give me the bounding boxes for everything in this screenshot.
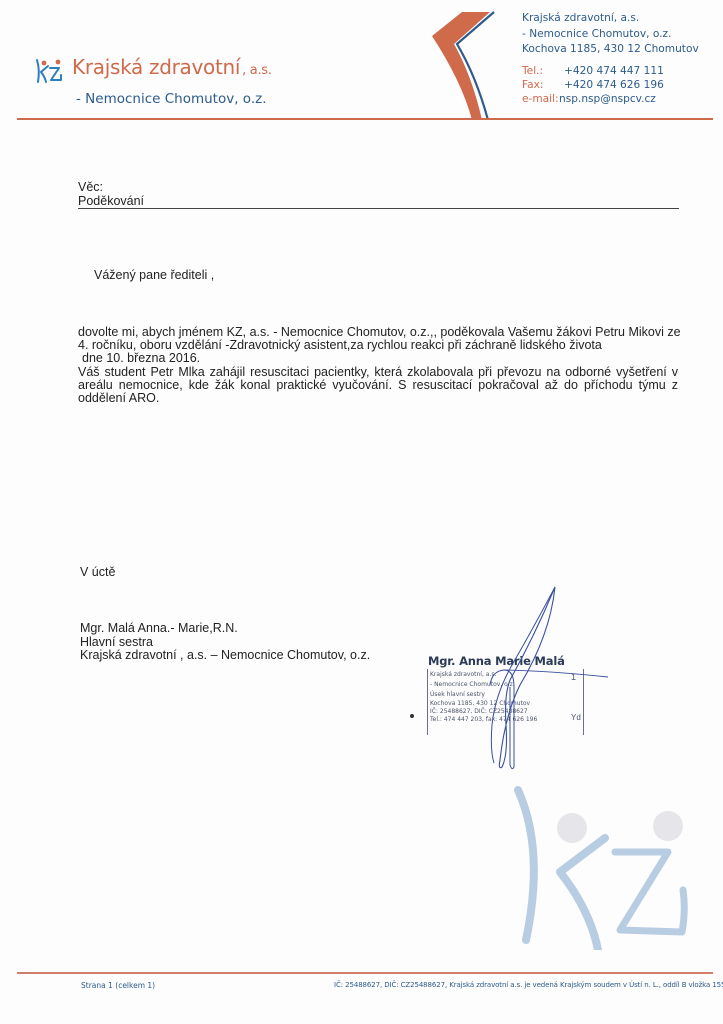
brand-name-text: Krajská zdravotní bbox=[72, 55, 240, 79]
signer-title: Hlavní sestra bbox=[80, 636, 370, 650]
paragraph-2: Váš student Petr Mlka zahájil resuscitac… bbox=[78, 366, 678, 406]
subject-value: Poděkování bbox=[78, 194, 144, 208]
header-divider bbox=[17, 118, 713, 120]
fax-value: +420 474 626 196 bbox=[564, 78, 664, 92]
paragraph-1-line: dne 10. března 2016. bbox=[78, 352, 678, 365]
salutation: Vážený pane řediteli , bbox=[94, 268, 214, 282]
signer-organization: Krajská zdravotní , a.s. – Nemocnice Cho… bbox=[80, 649, 370, 663]
email-label: e-mail: bbox=[522, 92, 559, 106]
letter-body: dovolte mi, abych jménem KZ, a.s. - Nemo… bbox=[78, 326, 678, 405]
contact-line: Krajská zdravotní, a.s. bbox=[522, 11, 699, 27]
email-link[interactable]: nsp.nsp@nspcv.cz bbox=[559, 92, 656, 106]
signer-name: Mgr. Malá Anna.- Marie,R.N. bbox=[80, 622, 370, 636]
chevron-decoration-icon bbox=[432, 6, 500, 120]
fax-label: Fax: bbox=[522, 78, 564, 92]
kz-watermark-logo-icon bbox=[490, 780, 690, 950]
contact-block: Krajská zdravotní, a.s. - Nemocnice Chom… bbox=[522, 11, 699, 106]
signer-block: Mgr. Malá Anna.- Marie,R.N. Hlavní sestr… bbox=[80, 622, 370, 663]
subject-label: Věc: bbox=[78, 180, 103, 194]
subject-divider bbox=[78, 208, 679, 209]
kz-logo-icon bbox=[34, 58, 64, 84]
phone-value: +420 474 447 111 bbox=[564, 64, 664, 78]
legal-notice: IČ: 25488627, DIČ: CZ25488627, Krajská z… bbox=[334, 981, 723, 989]
contact-line: Kochova 1185, 430 12 Chomutov bbox=[522, 42, 699, 58]
contact-line: - Nemocnice Chomutov, o.z. bbox=[522, 27, 699, 43]
ink-dot bbox=[410, 714, 414, 718]
handwritten-signature-icon bbox=[440, 575, 610, 775]
brand-suffix: , a.s. bbox=[242, 63, 271, 78]
closing: V úctě bbox=[80, 565, 115, 579]
page-indicator: Strana 1 (celkem 1) bbox=[81, 981, 155, 990]
contact-fax-row: Fax: +420 474 626 196 bbox=[522, 78, 699, 92]
footer-divider bbox=[17, 972, 713, 974]
paragraph-1: dovolte mi, abych jménem KZ, a.s. - Nemo… bbox=[78, 326, 678, 366]
phone-label: Tel.: bbox=[522, 64, 564, 78]
brand-branch: - Nemocnice Chomutov, o.z. bbox=[76, 91, 267, 107]
contact-email-row: e-mail: nsp.nsp@nspcv.cz bbox=[522, 92, 699, 106]
brand-name: Krajská zdravotní, a.s. bbox=[72, 55, 272, 79]
contact-phone-row: Tel.: +420 474 447 111 bbox=[522, 64, 699, 78]
